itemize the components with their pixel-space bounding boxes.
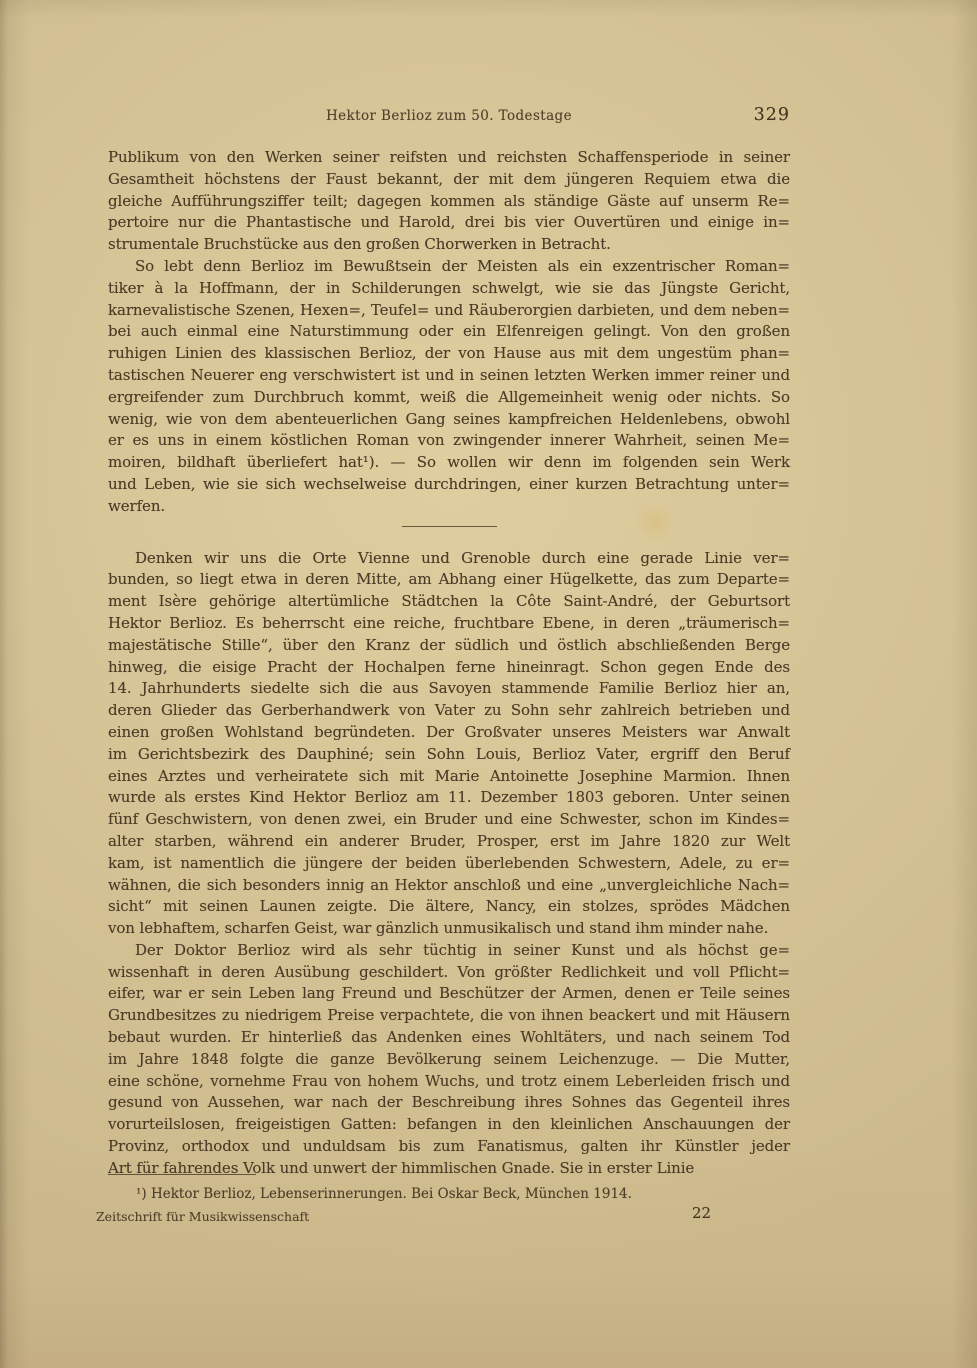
paragraph: Der Doktor Berlioz wird als sehr tüchtig… bbox=[108, 940, 790, 1180]
text-line: So lebt denn Berlioz im Bewußtsein der M… bbox=[108, 256, 790, 278]
text-line: ruhigen Linien des klassischen Berlioz, … bbox=[108, 343, 790, 365]
text-line: wissenhaft in deren Ausübung geschildert… bbox=[108, 962, 790, 984]
text-line: eifer, war er sein Leben lang Freund und… bbox=[108, 983, 790, 1005]
text-line: bei auch einmal eine Naturstimmung oder … bbox=[108, 321, 790, 343]
text-line: karnevalistische Szenen, Hexen=, Teufel=… bbox=[108, 300, 790, 322]
paragraph: So lebt denn Berlioz im Bewußtsein der M… bbox=[108, 256, 790, 518]
text-line: tiker à la Hoffmann, der in Schilderunge… bbox=[108, 278, 790, 300]
page-footer: Zeitschrift für Musikwissenschaft 22 bbox=[96, 1206, 796, 1228]
text-line: von lebhaftem, scharfen Geist, war gänzl… bbox=[108, 918, 790, 940]
text-line: Hektor Berlioz. Es beherrscht eine reich… bbox=[108, 613, 790, 635]
text-line: bebaut wurden. Er hinterließ das Andenke… bbox=[108, 1027, 790, 1049]
text-line: deren Glieder das Gerberhandwerk von Vat… bbox=[108, 700, 790, 722]
text-line: eine schöne, vornehme Frau von hohem Wuc… bbox=[108, 1071, 790, 1093]
text-line: moiren, bildhaft überliefert hat¹). — So… bbox=[108, 452, 790, 474]
body-text: Publikum von den Werken seiner reifsten … bbox=[108, 147, 790, 1180]
text-line: er es uns in einem köstlichen Roman von … bbox=[108, 430, 790, 452]
page-header: Hektor Berlioz zum 50. Todestage 329 bbox=[108, 108, 790, 130]
text-line: bunden, so liegt etwa in deren Mitte, am… bbox=[108, 569, 790, 591]
text-line: 14. Jahrhunderts siedelte sich die aus S… bbox=[108, 678, 790, 700]
text-line: vorurteilslosen, freigeistigen Gatten: b… bbox=[108, 1114, 790, 1136]
page-number: 329 bbox=[754, 105, 790, 125]
paragraph: Publikum von den Werken seiner reifsten … bbox=[108, 147, 790, 256]
text-line: Der Doktor Berlioz wird als sehr tüchtig… bbox=[108, 940, 790, 962]
text-line: Denken wir uns die Orte Vienne und Greno… bbox=[108, 548, 790, 570]
text-line: fünf Geschwistern, von denen zwei, ein B… bbox=[108, 809, 790, 831]
text-line: sicht“ mit seinen Launen zeigte. Die ält… bbox=[108, 896, 790, 918]
text-line: eines Arztes und verheiratete sich mit M… bbox=[108, 766, 790, 788]
footnote-rule bbox=[108, 1174, 256, 1175]
text-line: Gesamtheit höchstens der Faust bekannt, … bbox=[108, 169, 790, 191]
text-line: Publikum von den Werken seiner reifsten … bbox=[108, 147, 790, 169]
text-line: majestätische Stille“, über den Kranz de… bbox=[108, 635, 790, 657]
text-line: alter starben, während ein anderer Brude… bbox=[108, 831, 790, 853]
section-divider bbox=[402, 526, 497, 527]
text-line: pertoire nur die Phantastische und Harol… bbox=[108, 212, 790, 234]
paragraph: Denken wir uns die Orte Vienne und Greno… bbox=[108, 548, 790, 940]
text-line: wenig, wie von dem abenteuerlichen Gang … bbox=[108, 409, 790, 431]
text-line: wurde als erstes Kind Hektor Berlioz am … bbox=[108, 787, 790, 809]
running-title: Hektor Berlioz zum 50. Todestage bbox=[108, 108, 790, 124]
text-line: im Jahre 1848 folgte die ganze Bevölkeru… bbox=[108, 1049, 790, 1071]
text-line: gesund von Aussehen, war nach der Beschr… bbox=[108, 1092, 790, 1114]
text-line: einen großen Wohlstand begründeten. Der … bbox=[108, 722, 790, 744]
journal-title: Zeitschrift für Musikwissenschaft bbox=[96, 1209, 309, 1224]
text-line: ergreifender zum Durchbruch kommt, weiß … bbox=[108, 387, 790, 409]
scanned-book-page: Hektor Berlioz zum 50. Todestage 329 Pub… bbox=[0, 0, 977, 1368]
text-line: werfen. bbox=[108, 496, 790, 518]
text-line: tastischen Neuerer eng verschwistert ist… bbox=[108, 365, 790, 387]
sheet-number: 22 bbox=[692, 1204, 711, 1222]
text-line: ment Isère gehörige altertümliche Städtc… bbox=[108, 591, 790, 613]
text-line: im Gerichtsbezirk des Dauphiné; sein Soh… bbox=[108, 744, 790, 766]
text-line: Grundbesitzes zu niedrigem Preise verpac… bbox=[108, 1005, 790, 1027]
footnote: ¹) Hektor Berlioz, Lebenserinnerungen. B… bbox=[108, 1186, 790, 1202]
text-line: und Leben, wie sie sich wechselweise dur… bbox=[108, 474, 790, 496]
text-line: wähnen, die sich besonders innig an Hekt… bbox=[108, 875, 790, 897]
text-line: Art für fahrendes Volk und unwert der hi… bbox=[108, 1158, 790, 1180]
text-line: Provinz, orthodox und unduldsam bis zum … bbox=[108, 1136, 790, 1158]
text-line: strumentale Bruchstücke aus den großen C… bbox=[108, 234, 790, 256]
text-line: hinweg, die eisige Pracht der Hochalpen … bbox=[108, 657, 790, 679]
text-line: kam, ist namentlich die jüngere der beid… bbox=[108, 853, 790, 875]
text-line: gleiche Aufführungsziffer teilt; dagegen… bbox=[108, 191, 790, 213]
